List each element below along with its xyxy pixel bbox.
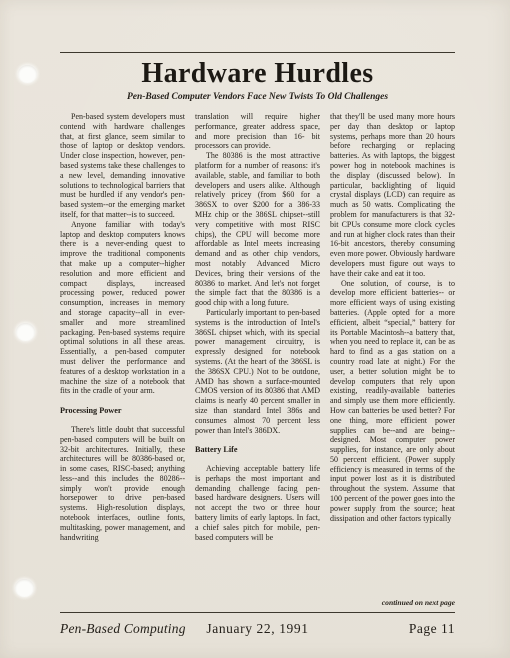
- continuation-note: continued on next page: [60, 598, 455, 607]
- page-content: Hardware Hurdles Pen-Based Computer Vend…: [60, 0, 455, 641]
- paragraph: Achieving acceptable battery life is per…: [195, 464, 320, 542]
- paragraph-continuation: that they'll be used many more hours per…: [330, 112, 455, 279]
- paragraph: Anyone familiar with today's laptop and …: [60, 220, 185, 396]
- paragraph: One solution, of course, is to develop m…: [330, 279, 455, 524]
- punch-hole-bottom: [15, 579, 34, 597]
- section-heading-processing-power: Processing Power: [60, 406, 185, 416]
- footer-rule: [60, 612, 455, 613]
- punch-hole-middle: [16, 323, 35, 341]
- header-rule: [60, 52, 455, 53]
- page-footer: Pen-Based Computing January 22, 1991 Pag…: [60, 621, 455, 641]
- punch-hole-top: [18, 65, 37, 83]
- column-2: translation will require higher performa…: [195, 112, 320, 595]
- paragraph-continuation: translation will require higher performa…: [195, 112, 320, 151]
- scanned-newsletter-page: Hardware Hurdles Pen-Based Computer Vend…: [0, 0, 510, 658]
- column-3: that they'll be used many more hours per…: [330, 112, 455, 595]
- article-body: Pen-based system developers must contend…: [60, 112, 455, 595]
- page-number: Page 11: [409, 621, 455, 637]
- column-1: Pen-based system developers must contend…: [60, 112, 185, 595]
- issue-date: January 22, 1991: [60, 621, 455, 637]
- paragraph: Pen-based system developers must contend…: [60, 112, 185, 220]
- paragraph: The 80386 is the most attractive platfor…: [195, 151, 320, 308]
- article-title: Hardware Hurdles: [60, 58, 455, 90]
- section-heading-battery-life: Battery Life: [195, 445, 320, 455]
- paragraph: Particularly important to pen-based syst…: [195, 308, 320, 435]
- paragraph: There's little doubt that successful pen…: [60, 425, 185, 543]
- article-subtitle: Pen-Based Computer Vendors Face New Twis…: [60, 92, 455, 103]
